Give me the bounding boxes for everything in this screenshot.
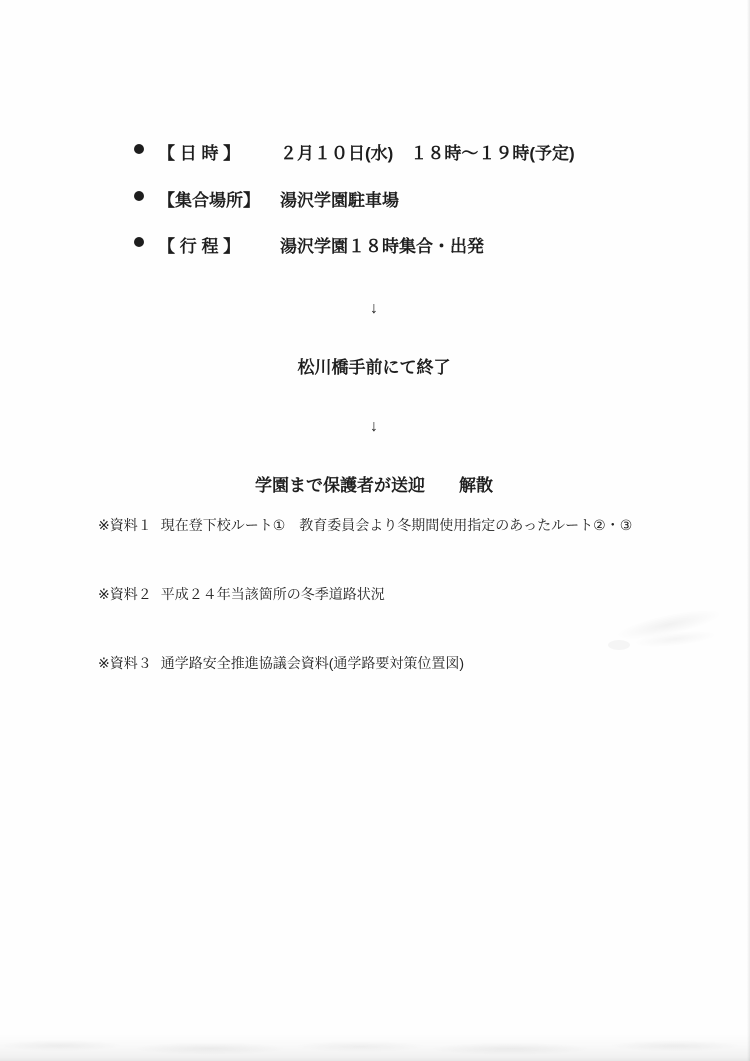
scan-bottom-texture (0, 1033, 750, 1061)
scanned-document-page: 【 日 時 】 ２月１０日(水) １８時～１９時(予定) 【集合場所】 湯沢学園… (0, 0, 750, 1061)
detail-label: 【 日 時 】 (158, 139, 240, 164)
bullet-icon (134, 144, 144, 154)
detail-value: 湯沢学園駐車場 (280, 186, 399, 211)
note-label: ※資料３ (98, 655, 152, 671)
event-detail-row-meeting-place: 【集合場所】 湯沢学園駐車場 (0, 186, 750, 206)
note-label: ※資料２ (98, 586, 152, 602)
bullet-icon (134, 191, 144, 201)
note-text: 通学路安全推進協議会資料(通学路要対策位置図) (161, 655, 464, 671)
bullet-icon (134, 237, 144, 247)
detail-label: 【集合場所】 (158, 186, 260, 211)
detail-label: 【 行 程 】 (158, 232, 240, 257)
note-line: ※資料２平成２４年当該箇所の冬季道路状況 (98, 583, 632, 606)
detail-value: 湯沢学園１８時集合・出発 (280, 232, 484, 257)
event-detail-row-datetime: 【 日 時 】 ２月１０日(水) １８時～１９時(予定) (0, 139, 750, 159)
arrow-down-icon: ↓ (224, 297, 524, 320)
event-detail-row-itinerary: 【 行 程 】 湯沢学園１８時集合・出発 (0, 232, 750, 252)
note-line: ※資料１現在登下校ルート① 教育委員会より冬期間使用指定のあったルート②・③ (98, 514, 632, 537)
note-text: 平成２４年当該箇所の冬季道路状況 (161, 586, 385, 602)
arrow-down-icon: ↓ (224, 415, 524, 438)
flow-step: 松川橋手前にて終了 (224, 356, 524, 379)
note-line: ※資料３通学路安全推進協議会資料(通学路要対策位置図) (98, 652, 632, 675)
note-text: 現在登下校ルート① 教育委員会より冬期間使用指定のあったルート②・③ (161, 517, 633, 533)
note-label: ※資料１ (98, 517, 152, 533)
detail-value: ２月１０日(水) １８時～１９時(予定) (280, 139, 575, 164)
reference-notes: ※資料１現在登下校ルート① 教育委員会より冬期間使用指定のあったルート②・③ ※… (98, 468, 632, 721)
